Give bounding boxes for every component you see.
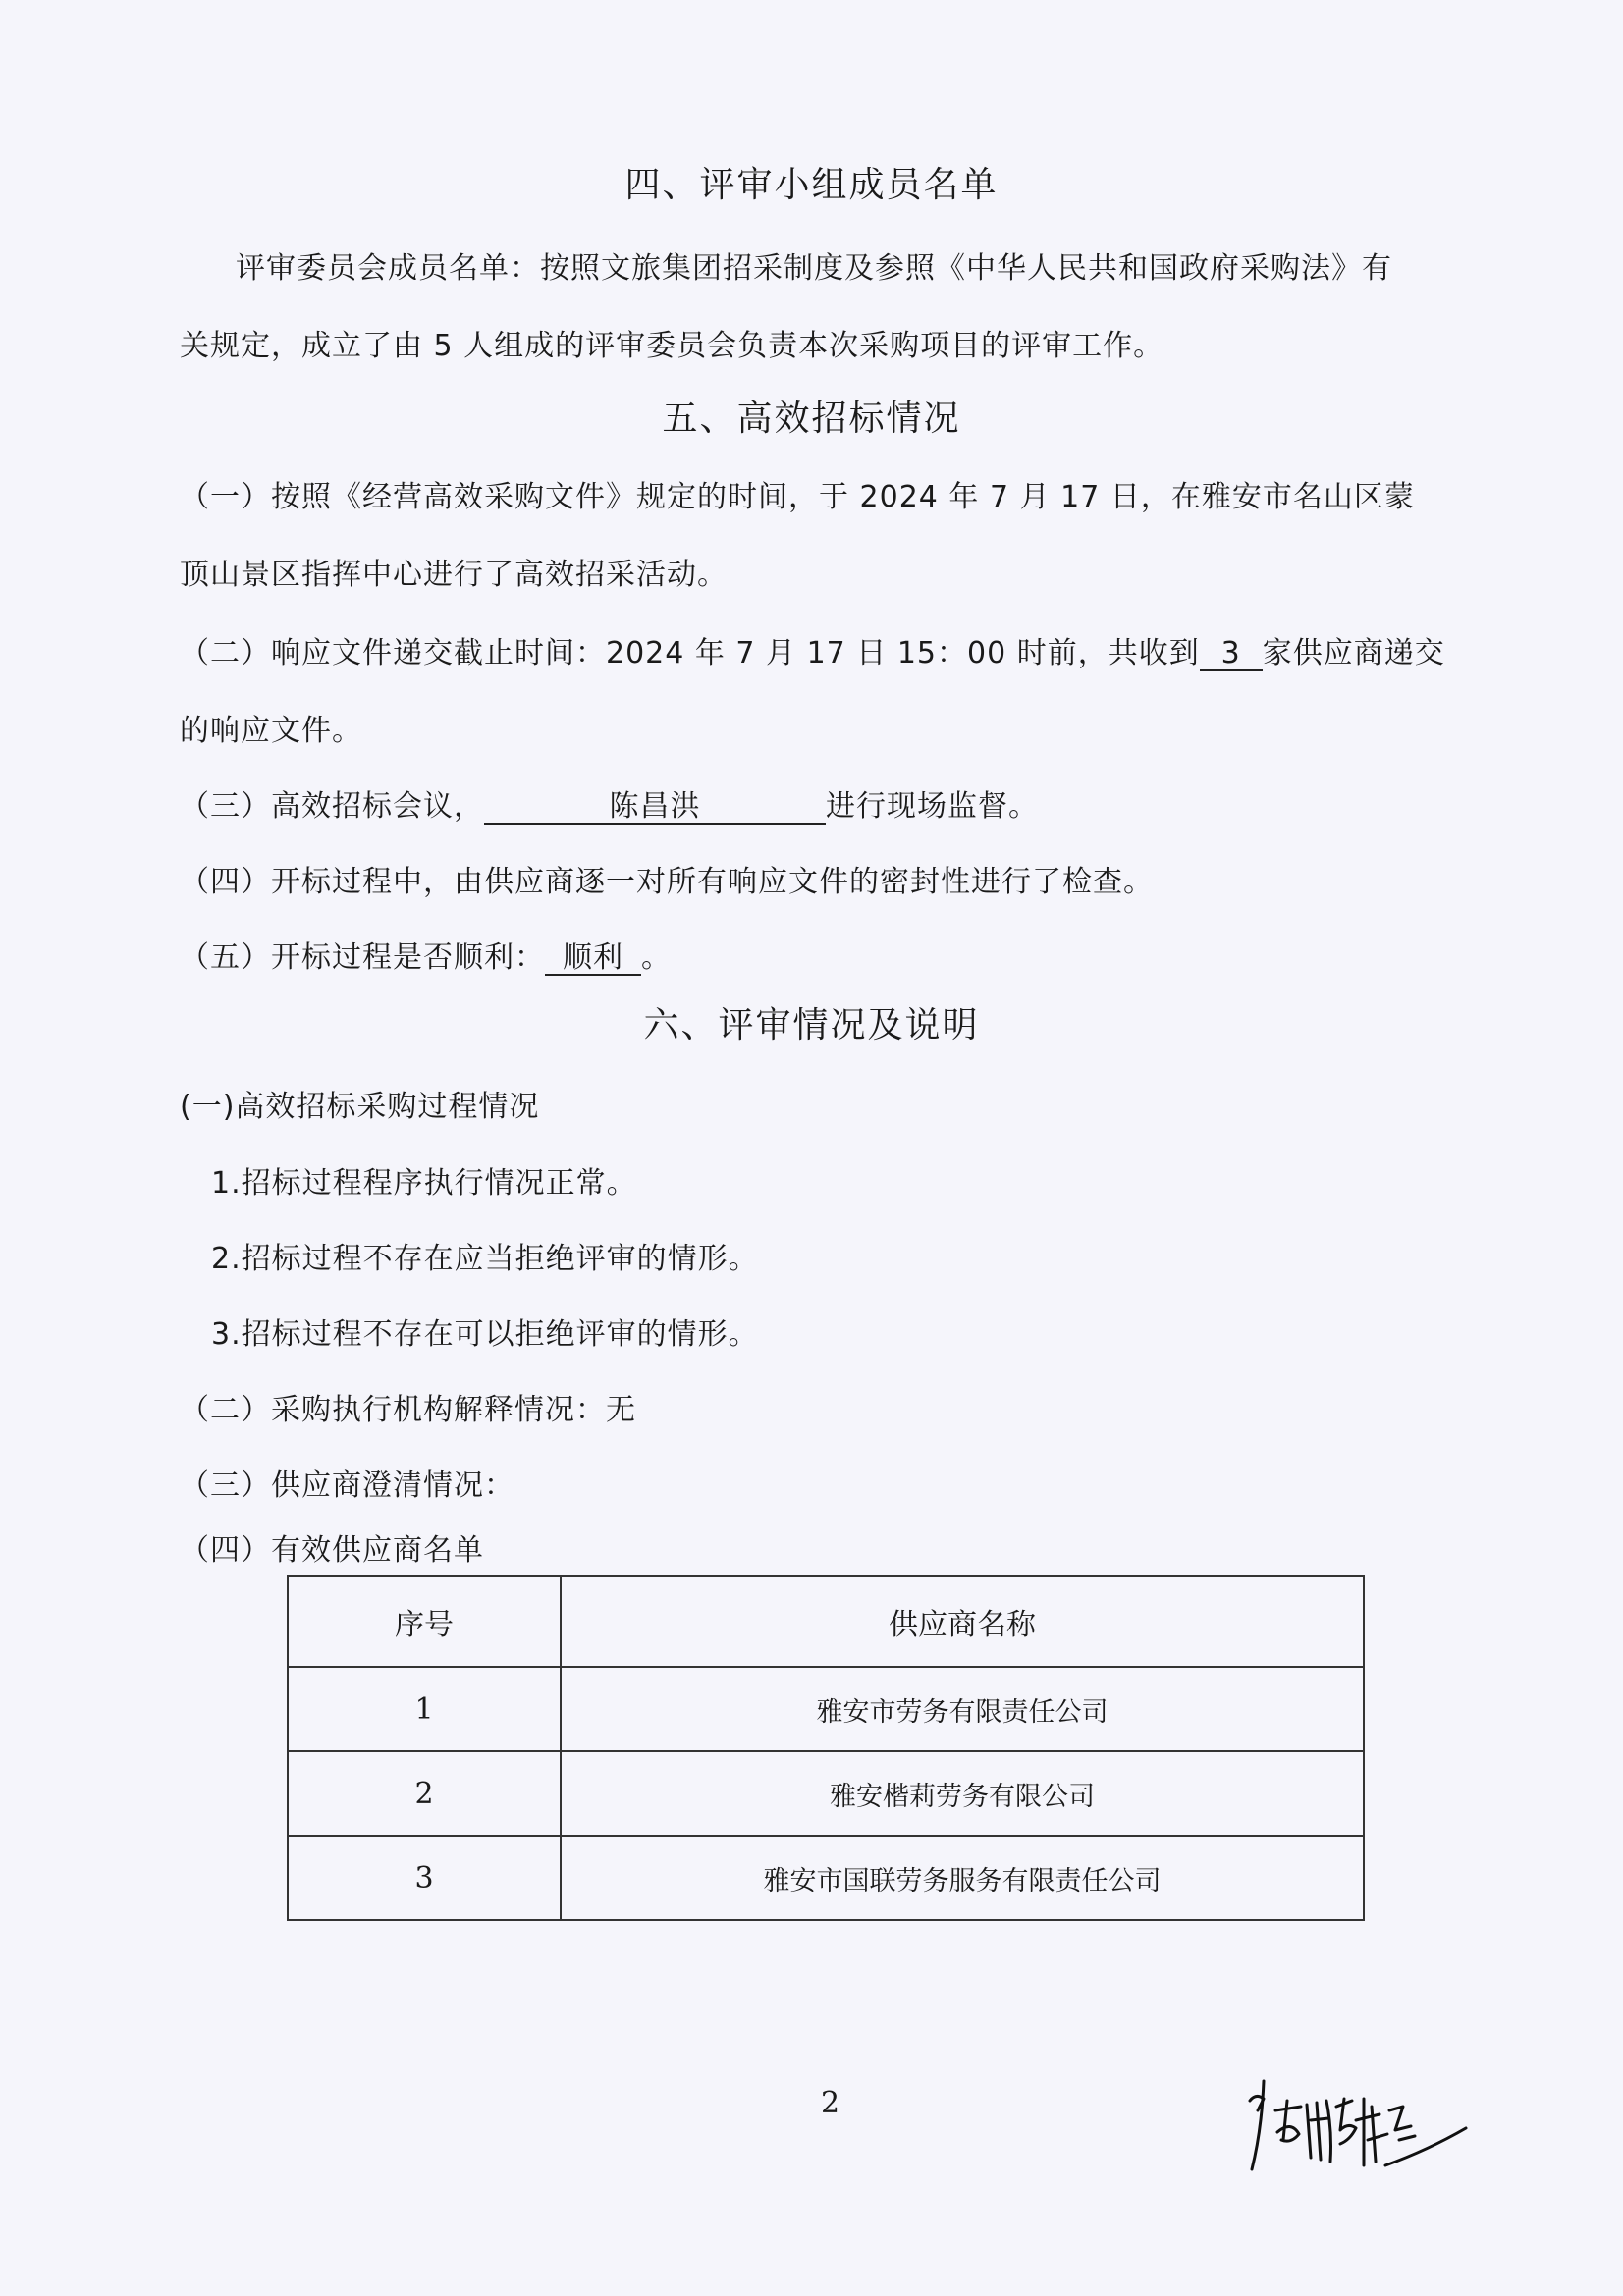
valid-supplier-table: 序号 供应商名称 1 雅安市劳务有限责任公司 2 雅安楷莉劳务有限公司 3 雅安… — [287, 1575, 1365, 1921]
item5-result: 顺利 — [545, 941, 641, 976]
row-supplier-name: 雅安市国联劳务服务有限责任公司 — [561, 1836, 1364, 1920]
section-5-item1-line1: （一）按照《经营高效采购文件》规定的时间，于 2024 年 7 月 17 日，在… — [180, 472, 1415, 515]
item2-text-pre: （二）响应文件递交截止时间：2024 年 7 月 17 日 15：00 时前，共… — [180, 636, 1200, 670]
row-supplier-name: 雅安楷莉劳务有限公司 — [561, 1751, 1364, 1836]
section-5-item3: （三）高效招标会议，陈昌洪进行现场监督。 — [180, 781, 1039, 825]
section-5-item1-line2: 顶山景区指挥中心进行了高效招采活动。 — [180, 550, 728, 593]
row-supplier-name: 雅安市劳务有限责任公司 — [561, 1667, 1364, 1751]
page-number: 2 — [821, 2086, 839, 2120]
table-row: 2 雅安楷莉劳务有限公司 — [288, 1751, 1364, 1836]
section-6-sub3: （三）供应商澄清情况： — [180, 1461, 514, 1504]
section-4-paragraph-line1: 评审委员会成员名单：按照文旅集团招采制度及参照《中华人民共和国政府采购法》有 — [236, 243, 1392, 287]
section-6-sub2: （二）采购执行机构解释情况：无 — [180, 1385, 636, 1428]
section-4-title: 四、评审小组成员名单 — [0, 157, 1623, 207]
signature-icon — [1242, 2071, 1478, 2179]
row-serial-number: 3 — [288, 1836, 561, 1920]
table-row: 1 雅安市劳务有限责任公司 — [288, 1667, 1364, 1751]
section-6-point-3: 3.招标过程不存在可以拒绝评审的情形。 — [211, 1309, 759, 1353]
item2-supplier-count: 3 — [1200, 637, 1263, 671]
section-5-title: 五、高效招标情况 — [0, 391, 1623, 441]
section-6-sub4: （四）有效供应商名单 — [180, 1525, 484, 1569]
header-serial-number: 序号 — [288, 1576, 561, 1667]
item5-text-post: 。 — [641, 940, 672, 975]
section-5-item2-line2: 的响应文件。 — [180, 706, 362, 749]
table-header-row: 序号 供应商名称 — [288, 1576, 1364, 1667]
item5-text-pre: （五）开标过程是否顺利： — [180, 940, 545, 975]
section-6-sub1-title: (一)高效招标采购过程情况 — [180, 1082, 539, 1125]
section-4-paragraph-line2: 关规定，成立了由 5 人组成的评审委员会负责本次采购项目的评审工作。 — [180, 321, 1163, 364]
row-serial-number: 1 — [288, 1667, 561, 1751]
section-6-point-1: 1.招标过程程序执行情况正常。 — [211, 1158, 637, 1201]
handwritten-signature — [1242, 2071, 1478, 2183]
section-6-point-2: 2.招标过程不存在应当拒绝评审的情形。 — [211, 1234, 759, 1277]
row-serial-number: 2 — [288, 1751, 561, 1836]
section-5-item4: （四）开标过程中，由供应商逐一对所有响应文件的密封性进行了检查。 — [180, 857, 1154, 900]
item3-text-pre: （三）高效招标会议， — [180, 789, 484, 824]
section-6-title: 六、评审情况及说明 — [0, 997, 1623, 1047]
item2-text-post: 家供应商递交 — [1263, 636, 1445, 670]
section-5-item2-line1: （二）响应文件递交截止时间：2024 年 7 月 17 日 15：00 时前，共… — [180, 628, 1445, 671]
item3-supervisor-name: 陈昌洪 — [484, 790, 826, 825]
item3-text-post: 进行现场监督。 — [826, 789, 1039, 824]
document-page: 四、评审小组成员名单 评审委员会成员名单：按照文旅集团招采制度及参照《中华人民共… — [0, 0, 1623, 2296]
header-supplier-name: 供应商名称 — [561, 1576, 1364, 1667]
section-5-item5: （五）开标过程是否顺利：顺利。 — [180, 933, 672, 976]
table-row: 3 雅安市国联劳务服务有限责任公司 — [288, 1836, 1364, 1920]
